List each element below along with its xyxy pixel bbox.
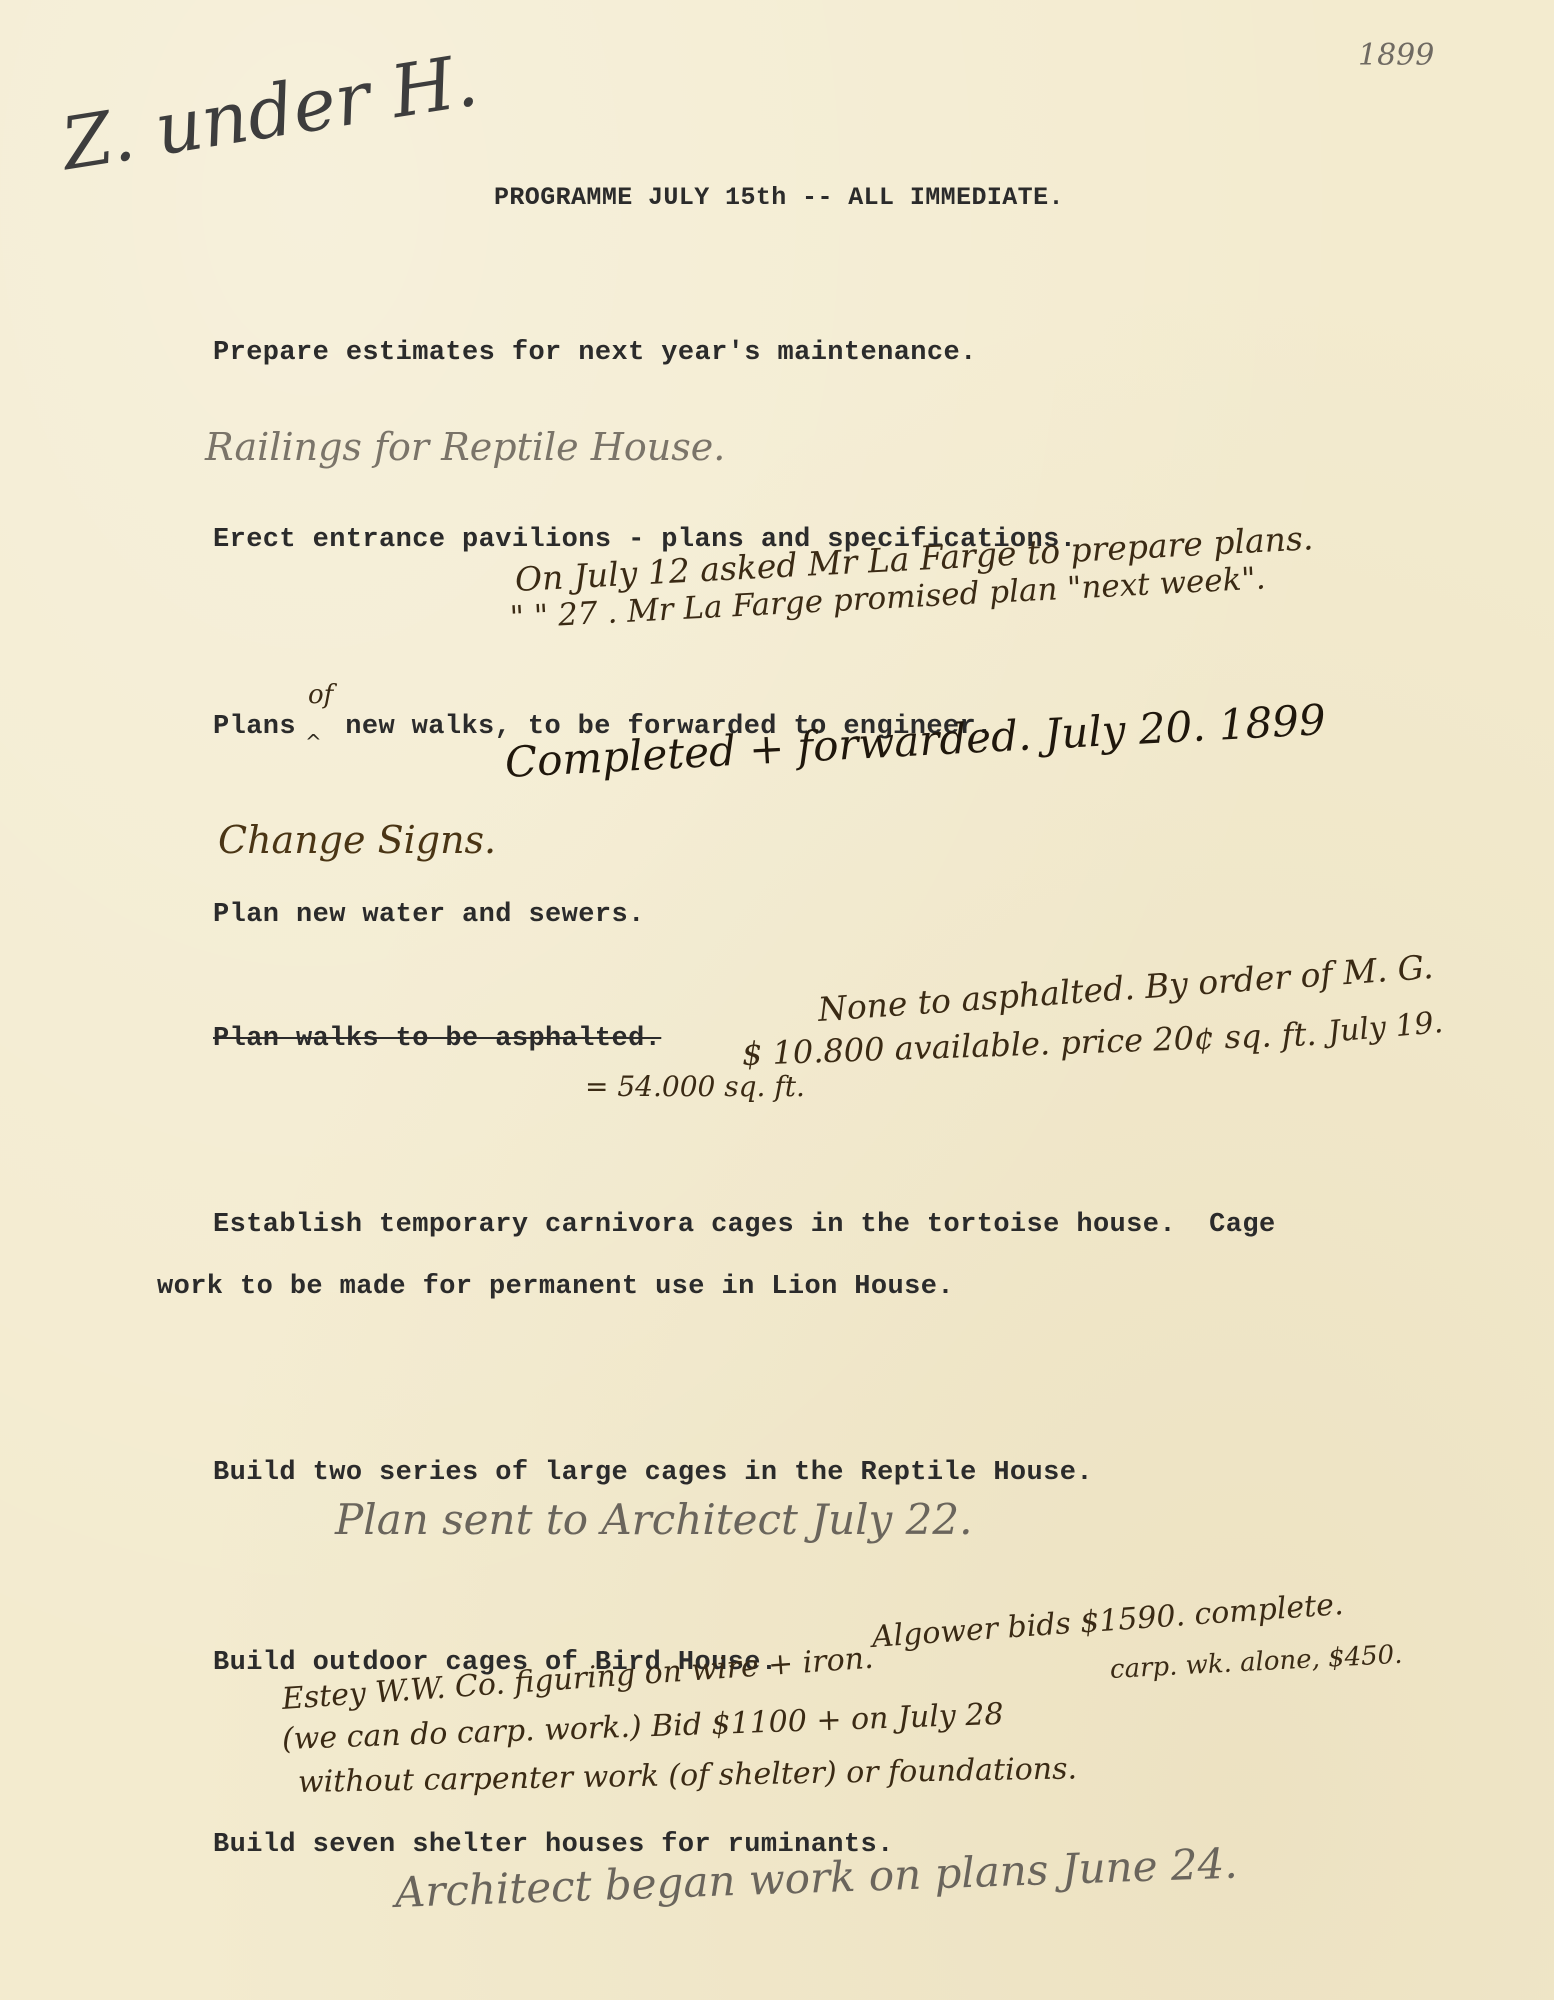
item-carnivora-cages-line2: work to be made for permanent use in Lio…: [157, 1272, 954, 1302]
item-maintenance-estimates: Prepare estimates for next year's mainte…: [213, 338, 977, 368]
top-left-annotation: Z. under H.: [56, 38, 483, 187]
note-plan-sent-architect: Plan sent to Architect July 22.: [335, 1495, 972, 1544]
year-annotation: 1899: [1358, 38, 1434, 73]
note-date-july-19: July 19.: [1327, 1005, 1445, 1050]
item-railings-reptile-house: Railings for Reptile House.: [205, 425, 725, 469]
note-algower-bids: Algower bids $1590. complete.: [871, 1587, 1345, 1655]
insertion-caret-icon: ^: [305, 730, 322, 754]
item-change-signs: Change Signs.: [218, 818, 496, 862]
item-reptile-cages: Build two series of large cages in the R…: [213, 1458, 1093, 1488]
note-without-carpenter: without carpenter work (of shelter) or f…: [298, 1751, 1078, 1800]
item-carnivora-cages-line1: Establish temporary carnivora cages in t…: [213, 1210, 1276, 1240]
note-walks-completed: Completed + forwarded. July 20. 1899: [504, 695, 1327, 787]
note-square-feet: = 54.000 sq. ft.: [585, 1070, 805, 1103]
item-walks-asphalted-struck: Plan walks to be asphalted.: [213, 1024, 661, 1054]
item-new-walks-start: Plans: [213, 712, 296, 742]
note-carp-work-alone: carp. wk. alone, $450.: [1109, 1640, 1403, 1685]
inserted-word-of: of: [308, 680, 333, 710]
page-title: PROGRAMME JULY 15th -- ALL IMMEDIATE.: [494, 183, 1064, 212]
item-water-sewers: Plan new water and sewers.: [213, 900, 645, 930]
